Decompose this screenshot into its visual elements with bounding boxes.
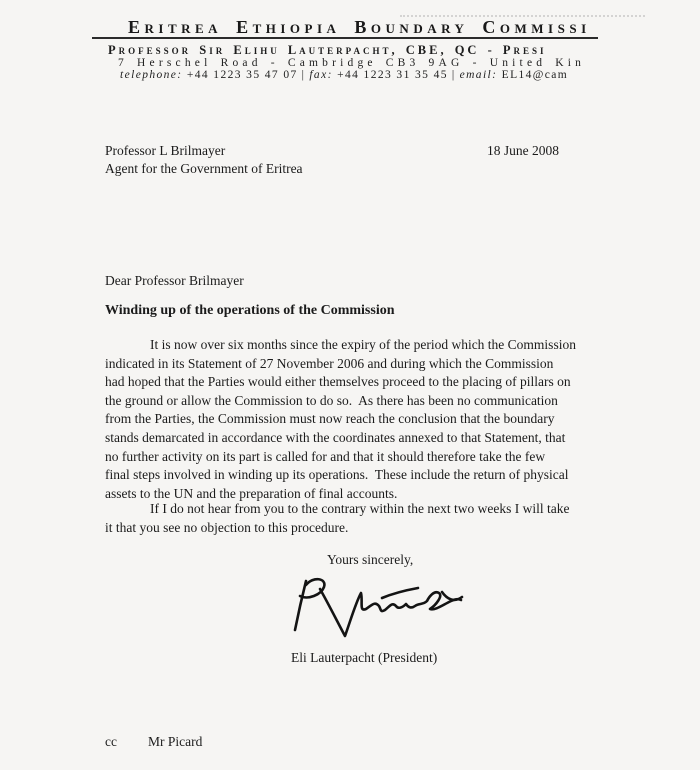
signatory-name: Eli Lauterpacht (President) xyxy=(291,649,437,668)
text-line: no further activity on its part is calle… xyxy=(105,448,576,467)
valediction: Yours sincerely, xyxy=(327,551,413,570)
recipient-role: Agent for the Government of Eritrea xyxy=(105,160,303,179)
text-line: the ground or allow the Commission to do… xyxy=(105,392,576,411)
subject-heading: Winding up of the operations of the Comm… xyxy=(105,303,395,319)
email-label: email: xyxy=(460,69,498,81)
letterhead-contact-line: telephone: +44 1223 35 47 07|fax: +44 12… xyxy=(120,69,606,81)
fax-label: fax: xyxy=(309,69,332,81)
telephone-value: +44 1223 35 47 07 xyxy=(187,69,298,81)
letterhead-title: Eritrea Ethiopia Boundary Commissi xyxy=(128,17,600,38)
letterhead-president-line: Professor Sir Elihu Lauterpacht, CBE, QC… xyxy=(108,43,602,58)
salutation: Dear Professor Brilmayer xyxy=(105,272,244,291)
text-line: It is now over six months since the expi… xyxy=(105,336,576,355)
fax-value: +44 1223 31 35 45 xyxy=(337,69,448,81)
text-line: If I do not hear from you to the contrar… xyxy=(105,500,570,519)
cc-label: cc xyxy=(105,733,117,752)
email-value: EL14@cam xyxy=(502,69,569,81)
text-line: it that you see no objection to this pro… xyxy=(105,519,570,538)
cc-value: Mr Picard xyxy=(148,733,202,752)
text-line: from the Parties, the Commission must no… xyxy=(105,410,576,429)
contact-separator: | xyxy=(448,69,460,81)
text-line: stands demarcated in accordance with the… xyxy=(105,429,576,448)
paragraph-2: If I do not hear from you to the contrar… xyxy=(105,500,570,537)
text-line: had hoped that the Parties would either … xyxy=(105,373,576,392)
paragraph-1: It is now over six months since the expi… xyxy=(105,336,576,503)
recipient-name: Professor L Brilmayer xyxy=(105,142,225,161)
letter-page: Eritrea Ethiopia Boundary Commissi Profe… xyxy=(0,0,700,770)
telephone-label: telephone: xyxy=(120,69,183,81)
text-line: final steps involved in winding up its o… xyxy=(105,466,576,485)
letterhead-rule xyxy=(92,37,598,39)
letterhead-address-line: 7 Herschel Road - Cambridge CB3 9AG - Un… xyxy=(118,57,604,69)
letter-date: 18 June 2008 xyxy=(487,142,559,161)
contact-separator: | xyxy=(298,69,310,81)
handwritten-signature-image xyxy=(276,572,466,653)
text-line: indicated in its Statement of 27 Novembe… xyxy=(105,355,576,374)
